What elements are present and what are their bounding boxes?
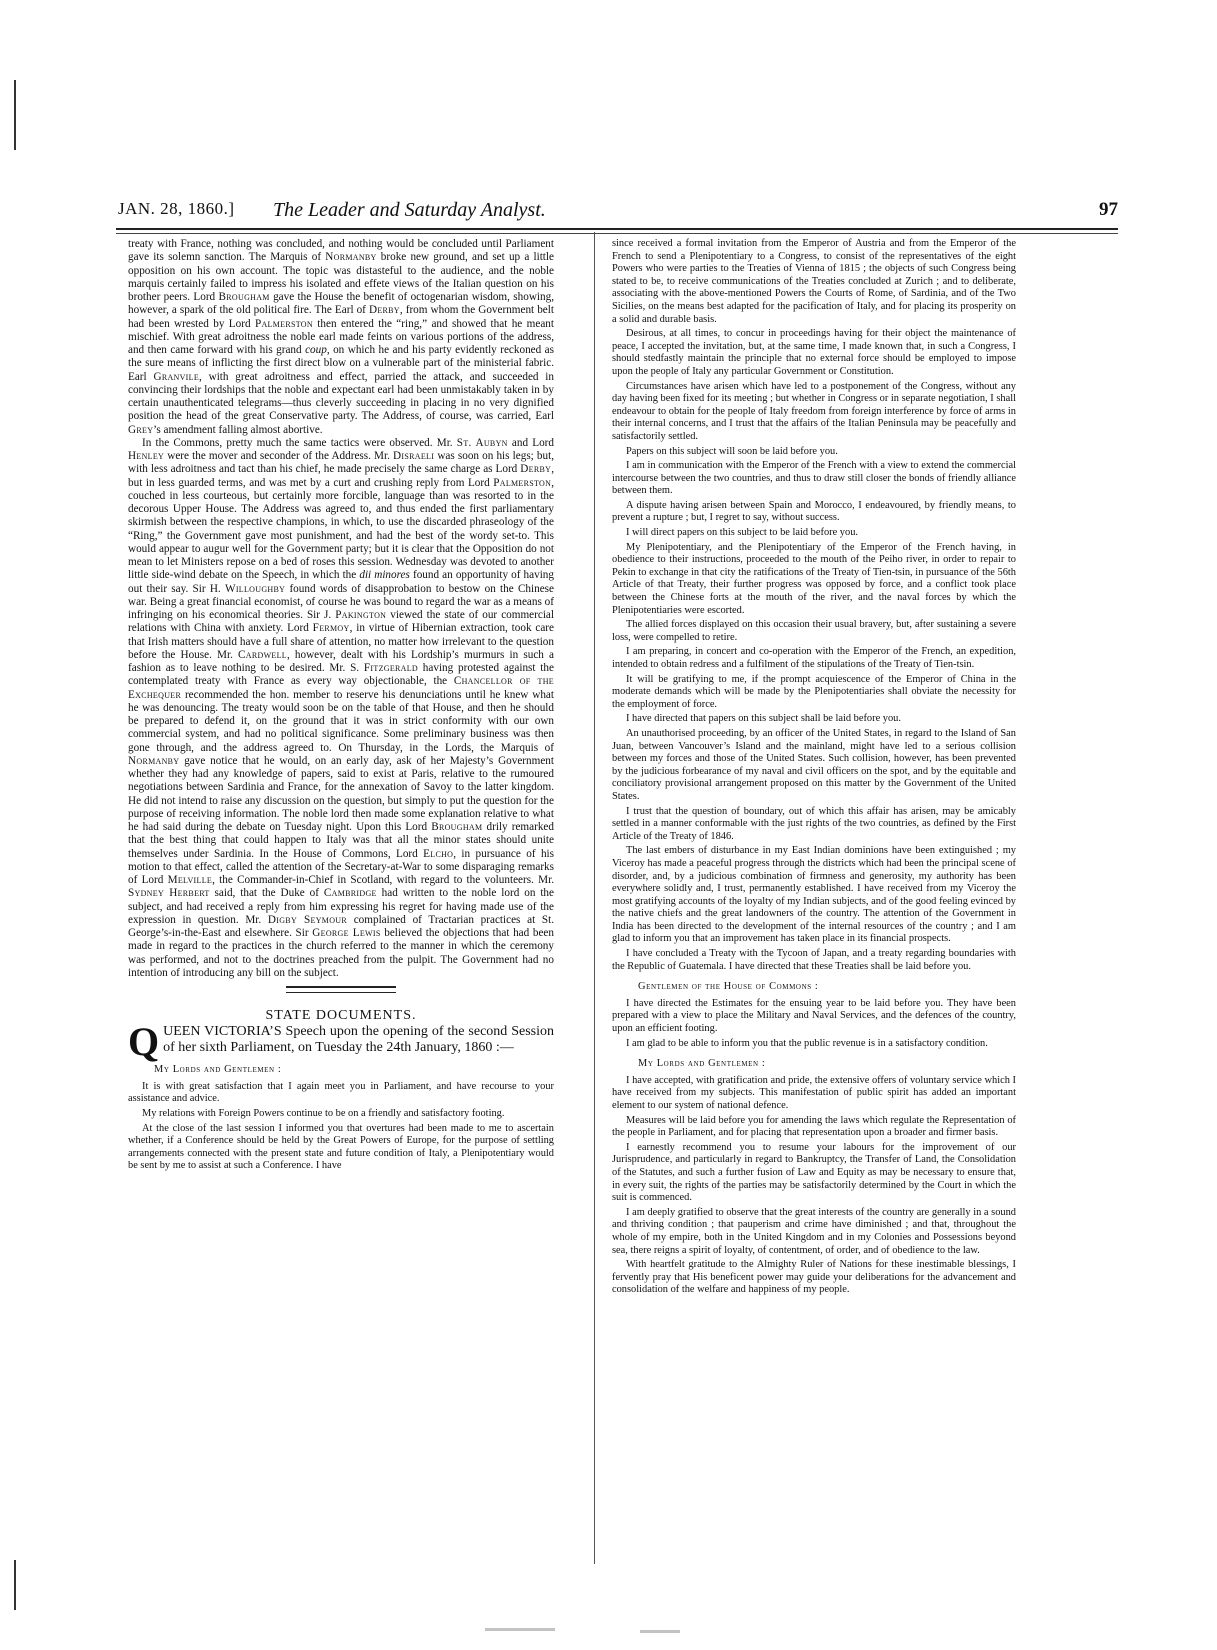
newspaper-page: JAN. 28, 1860.] The Leader and Saturday …	[0, 0, 1217, 1650]
scan-edge-mark	[14, 1560, 16, 1610]
speech-paragraph: The last embers of disturbance in my Eas…	[612, 845, 1016, 946]
text-run: said, that the Duke of	[210, 887, 324, 899]
person-name: Cambridge	[324, 887, 377, 899]
person-name: Fermoy	[313, 622, 350, 634]
person-name: Brougham	[219, 291, 270, 303]
person-name: Cardwell	[238, 649, 287, 661]
speech-paragraph: At the close of the last session I infor…	[128, 1123, 554, 1173]
person-name: Normanby	[325, 251, 376, 263]
person-name: Henley	[128, 450, 164, 462]
person-name: Derby	[369, 304, 400, 316]
person-name: Granvile	[153, 371, 199, 383]
speech-paragraph: My Plenipotentiary, and the Plenipotenti…	[612, 542, 1016, 618]
speech-paragraph: I have directed that papers on this subj…	[612, 713, 1016, 726]
intro-caps: UEEN VICTORIA’S	[163, 1024, 282, 1039]
salutation-commons: Gentlemen of the House of Commons :	[612, 981, 1016, 994]
person-name: Elcho	[423, 848, 453, 860]
article-paragraph: treaty with France, nothing was conclude…	[128, 238, 554, 437]
right-column: since received a formal invitation from …	[612, 236, 1016, 1297]
parliamentary-summary: treaty with France, nothing was conclude…	[128, 238, 554, 980]
scan-edge-mark	[14, 80, 16, 150]
person-name: St. Aubyn	[457, 437, 508, 449]
person-name: Palmerston	[255, 318, 313, 330]
speech-paragraph: I am deeply gratified to observe that th…	[612, 1207, 1016, 1257]
speech-paragraph: I am preparing, in concert and co-operat…	[612, 646, 1016, 671]
publication-title: The Leader and Saturday Analyst.	[273, 199, 546, 222]
speech-opening: It is with great satisfaction that I aga…	[128, 1081, 554, 1173]
speech-foreign-affairs: since received a formal invitation from …	[612, 238, 1016, 973]
speech-estimates: I have directed the Estimates for the en…	[612, 998, 1016, 1050]
person-name: Disraeli	[393, 450, 434, 462]
speech-paragraph: With heartfelt gratitude to the Almighty…	[612, 1259, 1016, 1297]
speech-paragraph: My relations with Foreign Powers continu…	[128, 1108, 554, 1121]
speech-paragraph: since received a formal invitation from …	[612, 238, 1016, 326]
speech-paragraph: I am glad to be able to inform you that …	[612, 1038, 1016, 1051]
speech-paragraph: It will be gratifying to me, if the prom…	[612, 674, 1016, 712]
header-rule	[116, 228, 1118, 234]
left-column: treaty with France, nothing was conclude…	[128, 238, 554, 1173]
running-head: JAN. 28, 1860.] The Leader and Saturday …	[118, 199, 1118, 229]
speech-paragraph: The allied forces displayed on this occa…	[612, 619, 1016, 644]
text-run: ’s amendment falling almost abortive.	[153, 424, 322, 436]
speech-intro: QUEEN VICTORIA’S Speech upon the opening…	[128, 1024, 554, 1056]
text-run: , couched in less courteous, but certain…	[128, 477, 554, 582]
speech-paragraph: A dispute having arisen between Spain an…	[612, 500, 1016, 525]
speech-paragraph: I will direct papers on this subject to …	[612, 527, 1016, 540]
person-name: Derby	[520, 463, 551, 475]
scan-smudge	[485, 1628, 555, 1631]
article-paragraph: In the Commons, pretty much the same tac…	[128, 437, 554, 980]
italic-phrase: dii minores	[359, 569, 410, 581]
column-divider	[594, 232, 595, 1564]
person-name: Palmerston	[493, 477, 551, 489]
person-name: Normanby	[128, 755, 179, 767]
speech-paragraph: I have directed the Estimates for the en…	[612, 998, 1016, 1036]
person-name: Grey	[128, 424, 153, 436]
salutation: My Lords and Gentlemen :	[128, 1064, 554, 1077]
scan-smudge	[640, 1630, 680, 1633]
person-name: George Lewis	[312, 927, 380, 939]
salutation-lords: My Lords and Gentlemen :	[612, 1058, 1016, 1071]
speech-domestic: I have accepted, with gratification and …	[612, 1075, 1016, 1297]
italic-phrase: coup	[305, 344, 327, 356]
section-divider	[286, 986, 396, 993]
section-title: STATE DOCUMENTS.	[128, 1009, 554, 1022]
text-run: recommended the hon. member to reserve h…	[128, 689, 554, 754]
person-name: Willoughby	[225, 583, 285, 595]
speech-paragraph: I am in communication with the Emperor o…	[612, 460, 1016, 498]
speech-paragraph: I have accepted, with gratification and …	[612, 1075, 1016, 1113]
text-run: were the mover and seconder of the Addre…	[164, 450, 393, 462]
text-run: and Lord	[508, 437, 554, 449]
text-run: In the Commons, pretty much the same tac…	[142, 437, 457, 449]
speech-paragraph: I trust that the question of boundary, o…	[612, 806, 1016, 844]
person-name: Pakington	[335, 609, 386, 621]
person-name: Digby Seymour	[268, 914, 347, 926]
person-name: Sydney Herbert	[128, 887, 210, 899]
speech-paragraph: Circumstances have arisen which have led…	[612, 381, 1016, 444]
page-number: 97	[1099, 199, 1118, 221]
person-name: Brougham	[431, 821, 482, 833]
speech-paragraph: It is with great satisfaction that I aga…	[128, 1081, 554, 1106]
person-name: Fitzgerald	[364, 662, 418, 674]
speech-paragraph: Desirous, at all times, to concur in pro…	[612, 328, 1016, 378]
speech-paragraph: Measures will be laid before you for ame…	[612, 1115, 1016, 1140]
text-run: , the Commander-in-Chief in Scotland, wi…	[212, 874, 554, 886]
speech-paragraph: I have concluded a Treaty with the Tycoo…	[612, 948, 1016, 973]
speech-paragraph: I earnestly recommend you to resume your…	[612, 1142, 1016, 1205]
issue-date: JAN. 28, 1860.]	[118, 199, 235, 219]
person-name: Melville	[168, 874, 213, 886]
drop-cap: Q	[128, 1026, 159, 1058]
speech-paragraph: Papers on this subject will soon be laid…	[612, 446, 1016, 459]
speech-paragraph: An unauthorised proceeding, by an office…	[612, 728, 1016, 804]
